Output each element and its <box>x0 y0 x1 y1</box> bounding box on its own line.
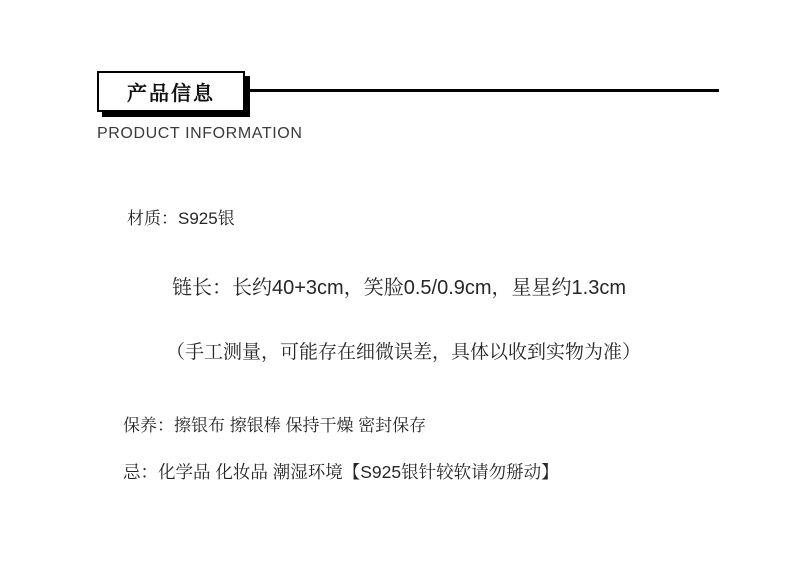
detail-measurement-note: （手工测量，可能存在细微误差，具体以收到实物为准） <box>166 337 641 364</box>
detail-material: 材质：S925银 <box>127 204 235 229</box>
detail-chain-length: 链长：长约40+3cm，笑脸0.5/0.9cm，星星约1.3cm <box>172 271 626 300</box>
section-title-cn: 产品信息 <box>127 77 215 106</box>
section-title-en: PRODUCT INFORMATION <box>97 125 302 143</box>
header-rule-line <box>240 89 719 92</box>
section-title-box: 产品信息 <box>97 71 245 112</box>
product-information-section: 产品信息 PRODUCT INFORMATION 材质：S925银 链长：长约4… <box>0 0 790 576</box>
detail-avoid-warning: 忌：化学品 化妆品 潮湿环境【S925银针较软请勿掰动】 <box>123 459 559 484</box>
detail-care-instructions: 保养：擦银布 擦银棒 保持干燥 密封保存 <box>123 411 426 436</box>
